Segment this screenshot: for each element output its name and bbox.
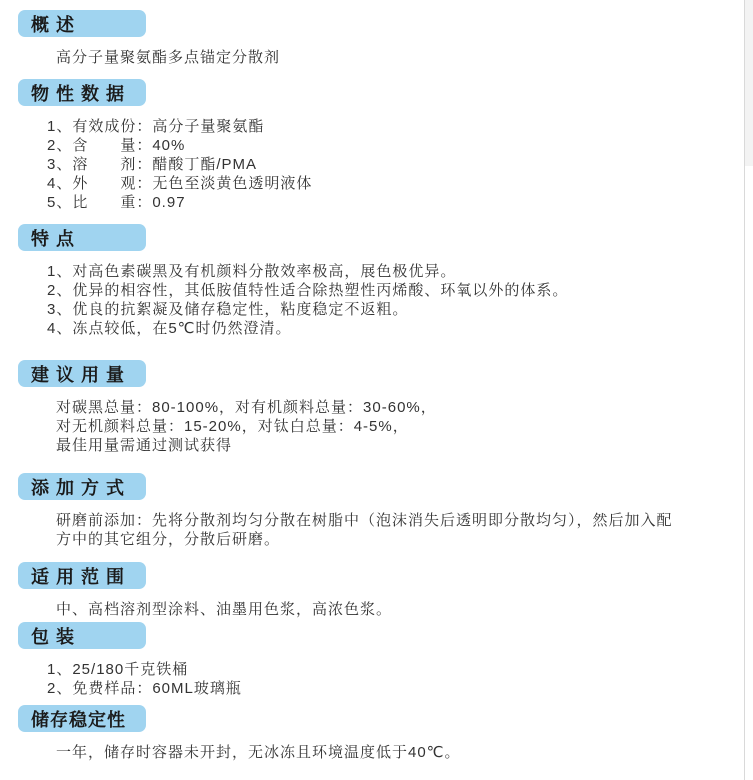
section-packaging: 包 装 1、25/180千克铁桶 2、免费样品：60ML玻璃瓶 — [18, 622, 733, 698]
list-item: 4、冻点较低，在5℃时仍然澄清。 — [47, 319, 733, 338]
list-item: 1、对高色素碳黑及有机颜料分散效率极高，展色极优异。 — [47, 262, 733, 281]
text-line: 对碳黑总量：80-100%，对有机颜料总量：30-60%， — [56, 398, 733, 417]
section-features-badge: 特 点 — [18, 224, 146, 251]
section-physical-data-body: 1、有效成份：高分子量聚氨酯 2、含 量：40% 3、溶 剂：醋酸丁酯/PMA … — [47, 117, 733, 212]
list-item: 2、含 量：40% — [47, 136, 733, 155]
section-addition-method-badge: 添 加 方 式 — [18, 473, 146, 500]
section-title: 添 加 方 式 — [31, 474, 125, 500]
section-overview: 概 述 高分子量聚氨酯多点锚定分散剂 — [18, 10, 733, 67]
section-storage-stability: 储存稳定性 一年，储存时容器未开封，无冰冻且环境温度低于40℃。 — [18, 705, 733, 762]
text-line: 对无机颜料总量：15-20%，对钛白总量：4-5%， — [56, 417, 733, 436]
section-features: 特 点 1、对高色素碳黑及有机颜料分散效率极高，展色极优异。 2、优异的相容性，… — [18, 224, 733, 338]
text-line: 方中的其它组分，分散后研磨。 — [56, 530, 733, 549]
list-item: 4、外 观：无色至淡黄色透明液体 — [47, 174, 733, 193]
section-addition-method-body: 研磨前添加：先将分散剂均匀分散在树脂中（泡沫消失后透明即分散均匀），然后加入配 … — [56, 511, 733, 549]
list-item: 2、免费样品：60ML玻璃瓶 — [47, 679, 733, 698]
list-item: 2、优异的相容性，其低胺值特性适合除热塑性丙烯酸、环氧以外的体系。 — [47, 281, 733, 300]
section-title: 建 议 用 量 — [31, 361, 125, 387]
section-physical-data: 物 性 数 据 1、有效成份：高分子量聚氨酯 2、含 量：40% 3、溶 剂：醋… — [18, 79, 733, 212]
section-application-scope: 适 用 范 围 中、高档溶剂型涂料、油墨用色浆，高浓色浆。 — [18, 562, 733, 619]
section-title: 包 装 — [31, 623, 75, 649]
section-physical-data-badge: 物 性 数 据 — [18, 79, 146, 106]
section-packaging-badge: 包 装 — [18, 622, 146, 649]
text-line: 最佳用量需通过测试获得 — [56, 436, 733, 455]
text-line: 中、高档溶剂型涂料、油墨用色浆，高浓色浆。 — [56, 600, 733, 619]
section-application-scope-badge: 适 用 范 围 — [18, 562, 146, 589]
product-datasheet-page: 概 述 高分子量聚氨酯多点锚定分散剂 物 性 数 据 1、有效成份：高分子量聚氨… — [0, 0, 753, 780]
section-overview-badge: 概 述 — [18, 10, 146, 37]
text-line: 一年，储存时容器未开封，无冰冻且环境温度低于40℃。 — [56, 743, 733, 762]
list-item: 1、有效成份：高分子量聚氨酯 — [47, 117, 733, 136]
text-line: 研磨前添加：先将分散剂均匀分散在树脂中（泡沫消失后透明即分散均匀），然后加入配 — [56, 511, 733, 530]
section-overview-body: 高分子量聚氨酯多点锚定分散剂 — [56, 48, 733, 67]
section-title: 特 点 — [31, 225, 75, 251]
section-recommended-dosage: 建 议 用 量 对碳黑总量：80-100%，对有机颜料总量：30-60%， 对无… — [18, 360, 733, 455]
list-item: 3、溶 剂：醋酸丁酯/PMA — [47, 155, 733, 174]
section-title: 储存稳定性 — [31, 706, 126, 732]
list-item: 3、优良的抗絮凝及储存稳定性，粘度稳定不返粗。 — [47, 300, 733, 319]
section-title: 概 述 — [31, 11, 75, 37]
section-packaging-body: 1、25/180千克铁桶 2、免费样品：60ML玻璃瓶 — [47, 660, 733, 698]
text-line: 高分子量聚氨酯多点锚定分散剂 — [56, 48, 733, 67]
section-title: 物 性 数 据 — [31, 80, 125, 106]
list-item: 1、25/180千克铁桶 — [47, 660, 733, 679]
section-storage-stability-badge: 储存稳定性 — [18, 705, 146, 732]
section-title: 适 用 范 围 — [31, 563, 125, 589]
section-recommended-dosage-body: 对碳黑总量：80-100%，对有机颜料总量：30-60%， 对无机颜料总量：15… — [56, 398, 733, 455]
section-recommended-dosage-badge: 建 议 用 量 — [18, 360, 146, 387]
scrollbar-thumb[interactable] — [745, 0, 753, 166]
section-storage-stability-body: 一年，储存时容器未开封，无冰冻且环境温度低于40℃。 — [56, 743, 733, 762]
section-addition-method: 添 加 方 式 研磨前添加：先将分散剂均匀分散在树脂中（泡沫消失后透明即分散均匀… — [18, 473, 733, 549]
list-item: 5、比 重：0.97 — [47, 193, 733, 212]
section-features-body: 1、对高色素碳黑及有机颜料分散效率极高，展色极优异。 2、优异的相容性，其低胺值… — [47, 262, 733, 338]
section-application-scope-body: 中、高档溶剂型涂料、油墨用色浆，高浓色浆。 — [56, 600, 733, 619]
